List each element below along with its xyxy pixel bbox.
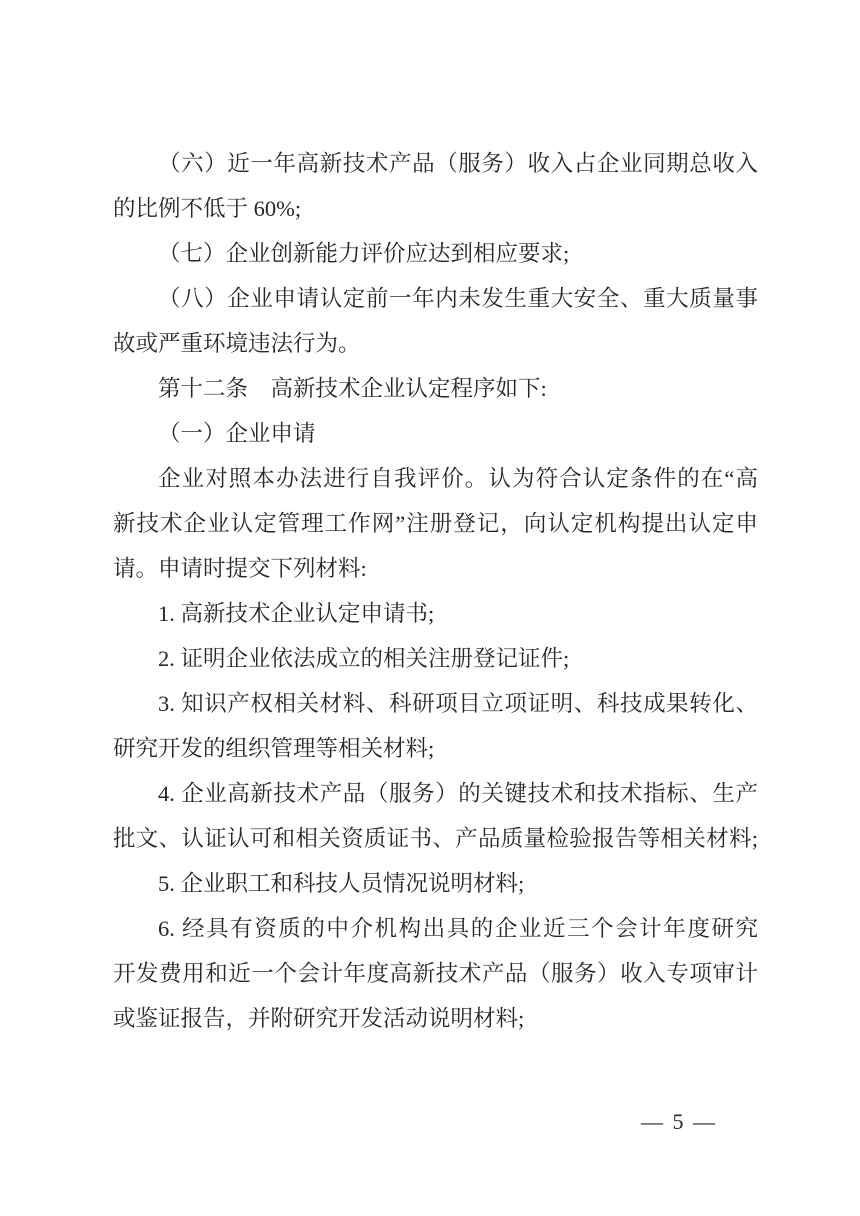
document-page: （六）近一年高新技术产品（服务）收入占企业同期总收入的比例不低于 60%;（七）… [0,0,860,1216]
text-line: （八）企业申请认定前一年内未发生重大安全、重大质量事 [113,276,758,321]
page-number: — 5 — [641,1109,717,1134]
text-line: 5. 企业职工和科技人员情况说明材料; [113,861,758,906]
text-line: 新技术企业认定管理工作网”注册登记，向认定机构提出认定申 [113,501,758,546]
text-line: 2. 证明企业依法成立的相关注册登记证件; [113,636,758,681]
text-line: 故或严重环境违法行为。 [113,321,758,366]
document-body: （六）近一年高新技术产品（服务）收入占企业同期总收入的比例不低于 60%;（七）… [113,141,758,1041]
page-footer: — 5 — [611,1086,717,1158]
text-line: 企业对照本办法进行自我评价。认为符合认定条件的在“高 [113,456,758,501]
text-line: 3. 知识产权相关材料、科研项目立项证明、科技成果转化、 [113,681,758,726]
text-line: 请。申请时提交下列材料: [113,546,758,591]
text-line: 或鉴证报告，并附研究开发活动说明材料; [113,996,758,1041]
text-line: （六）近一年高新技术产品（服务）收入占企业同期总收入 [113,141,758,186]
text-line: 1. 高新技术企业认定申请书; [113,591,758,636]
text-line: （七）企业创新能力评价应达到相应要求; [113,231,758,276]
text-line: 研究开发的组织管理等相关材料; [113,726,758,771]
text-line: （一）企业申请 [113,411,758,456]
text-line: 的比例不低于 60%; [113,186,758,231]
text-line: 开发费用和近一个会计年度高新技术产品（服务）收入专项审计 [113,951,758,996]
text-line: 第十二条 高新技术企业认定程序如下: [113,366,758,411]
text-line: 6. 经具有资质的中介机构出具的企业近三个会计年度研究 [113,906,758,951]
text-line: 4. 企业高新技术产品（服务）的关键技术和技术指标、生产 [113,771,758,816]
text-line: 批文、认证认可和相关资质证书、产品质量检验报告等相关材料; [113,816,758,861]
